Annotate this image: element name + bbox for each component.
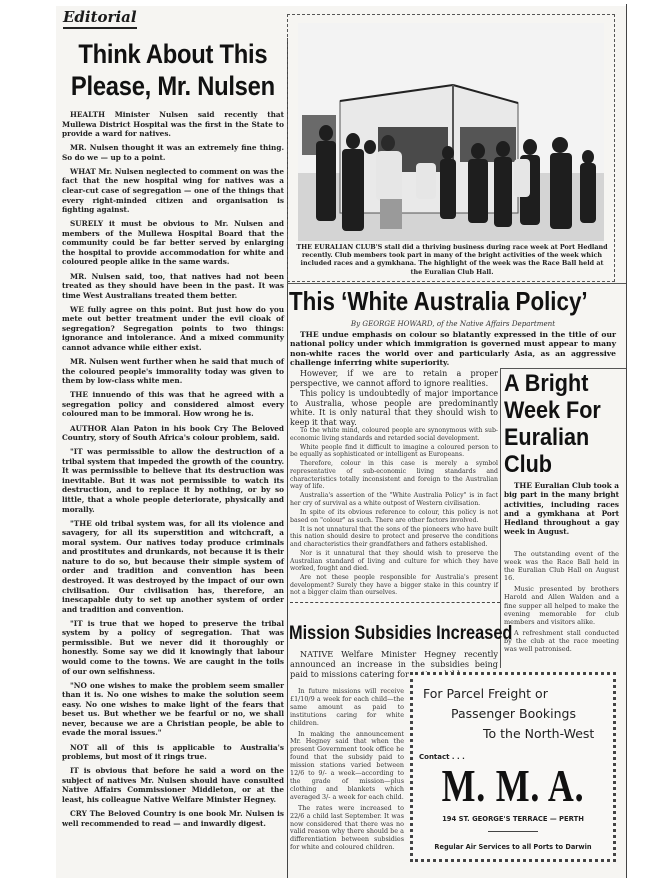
mma-advertisement: For Parcel Freight or Passenger Bookings… <box>410 672 616 862</box>
photo-frame: THE EURALIAN CLUB'S stall did a thriving… <box>287 14 615 282</box>
editorial-paragraph: SURELY it must be obvious to Mr. Nulsen … <box>62 219 284 267</box>
lead-paragraph: THE undue emphasis on colour so blatantl… <box>290 330 616 368</box>
article-paragraph: The rates were increased to 22/6 a child… <box>290 805 404 852</box>
article-paragraph: To the white mind, coloured people are s… <box>290 427 498 442</box>
photo-illustration <box>298 23 604 241</box>
article-paragraph: White people find it difficult to imagin… <box>290 444 498 459</box>
lead-paragraph: THE Euralian Club took a big part in the… <box>504 481 619 537</box>
article-paragraph: The outstanding event of the week was th… <box>504 550 619 582</box>
divider <box>500 368 626 369</box>
article-paragraph: Therefore, colour in this case is merely… <box>290 460 498 490</box>
ad-line-1: For Parcel Freight or <box>423 685 548 702</box>
article-paragraph: Australia's assertion of the "White Aust… <box>290 492 498 507</box>
editorial-paragraph: HEALTH Minister Nulsen said recently tha… <box>62 110 284 139</box>
ad-line-2: Passenger Bookings <box>451 705 576 722</box>
editorial-body: HEALTH Minister Nulsen said recently tha… <box>62 110 284 833</box>
article-paragraph: However, if we are to retain a proper pe… <box>290 369 498 388</box>
article-paragraph: In spite of its obvious reference to col… <box>290 509 498 524</box>
article-paragraph: A refreshment stall conducted by the clu… <box>504 629 619 653</box>
dashed-divider <box>290 602 500 603</box>
white-australia-headline: This ‘White Australia Policy’ <box>289 286 573 316</box>
white-australia-body: To the white mind, coloured people are s… <box>290 427 498 598</box>
editorial-paragraph: MR. Nulsen thought it was an extremely f… <box>62 143 284 162</box>
editorial-paragraph: IT is obvious that before he said a word… <box>62 766 284 804</box>
ad-tagline: Regular Air Services to all Ports to Dar… <box>413 843 613 851</box>
article-paragraph: Music presented by brothers Harold and A… <box>504 585 619 625</box>
editorial-paragraph: WE fully agree on this point. But just h… <box>62 305 284 353</box>
article-paragraph: It is not unnatural that the sons of the… <box>290 526 498 549</box>
bright-week-body: The outstanding event of the week was th… <box>504 550 619 656</box>
editorial-paragraph: CRY The Beloved Country is one book Mr. … <box>62 809 284 828</box>
photo-caption: THE EURALIAN CLUB'S stall did a thriving… <box>296 243 608 276</box>
ad-address: 194 ST. GEORGE'S TERRACE — PERTH <box>413 815 613 823</box>
white-australia-intro: However, if we are to retain a proper pe… <box>290 369 498 429</box>
mission-subsidies-body: In future missions will receive £1/10/9 … <box>290 688 404 855</box>
mission-subsidies-headline: Mission Subsidies Increased <box>289 623 473 645</box>
divider <box>488 831 538 832</box>
editorial-paragraph: "IT is true that we hoped to preserve th… <box>62 619 284 676</box>
article-paragraph: In future missions will receive £1/10/9 … <box>290 688 404 728</box>
article-paragraph: This policy is undoubtedly of major impo… <box>290 389 498 427</box>
white-australia-lead: THE undue emphasis on colour so blatantl… <box>290 330 616 368</box>
article-paragraph: Are not these people responsible for Aus… <box>290 574 498 597</box>
editorial-headline: Think About This Please, Mr. Nulsen <box>62 38 284 102</box>
column-divider <box>626 4 627 878</box>
photo-euralian-club-stall <box>298 23 604 241</box>
editorial-paragraph: MR. Nulsen said, too, that natives had n… <box>62 272 284 301</box>
ad-line-3: To the North-West <box>483 725 594 742</box>
section-label: Editorial <box>63 8 137 29</box>
editorial-paragraph: WHAT Mr. Nulsen neglected to comment on … <box>62 167 284 215</box>
editorial-paragraph: "IT was permissible to allow the destruc… <box>62 447 284 514</box>
article-paragraph: In making the announcement Mr. Hegney sa… <box>290 731 404 802</box>
editorial-paragraph: "NO one wishes to make the problem seem … <box>62 681 284 738</box>
byline: By GEORGE HOWARD, of the Native Affairs … <box>290 319 616 328</box>
editorial-paragraph: MR. Nulsen went further when he said tha… <box>62 357 284 386</box>
bright-week-lead: THE Euralian Club took a big part in the… <box>504 481 619 537</box>
divider <box>287 283 626 284</box>
article-paragraph: Nor is it unnatural that they should wis… <box>290 550 498 573</box>
editorial-paragraph: NOT all of this is applicable to Austral… <box>62 743 284 762</box>
ad-brand-logo: M. M. A. <box>435 763 591 809</box>
editorial-paragraph: AUTHOR Alan Paton in his book Cry The Be… <box>62 424 284 443</box>
editorial-paragraph: "THE old tribal system was, for all its … <box>62 519 284 614</box>
bright-week-headline: A Bright Week For Euralian Club <box>504 370 610 478</box>
editorial-paragraph: THE innuendo of this was that he agreed … <box>62 390 284 419</box>
